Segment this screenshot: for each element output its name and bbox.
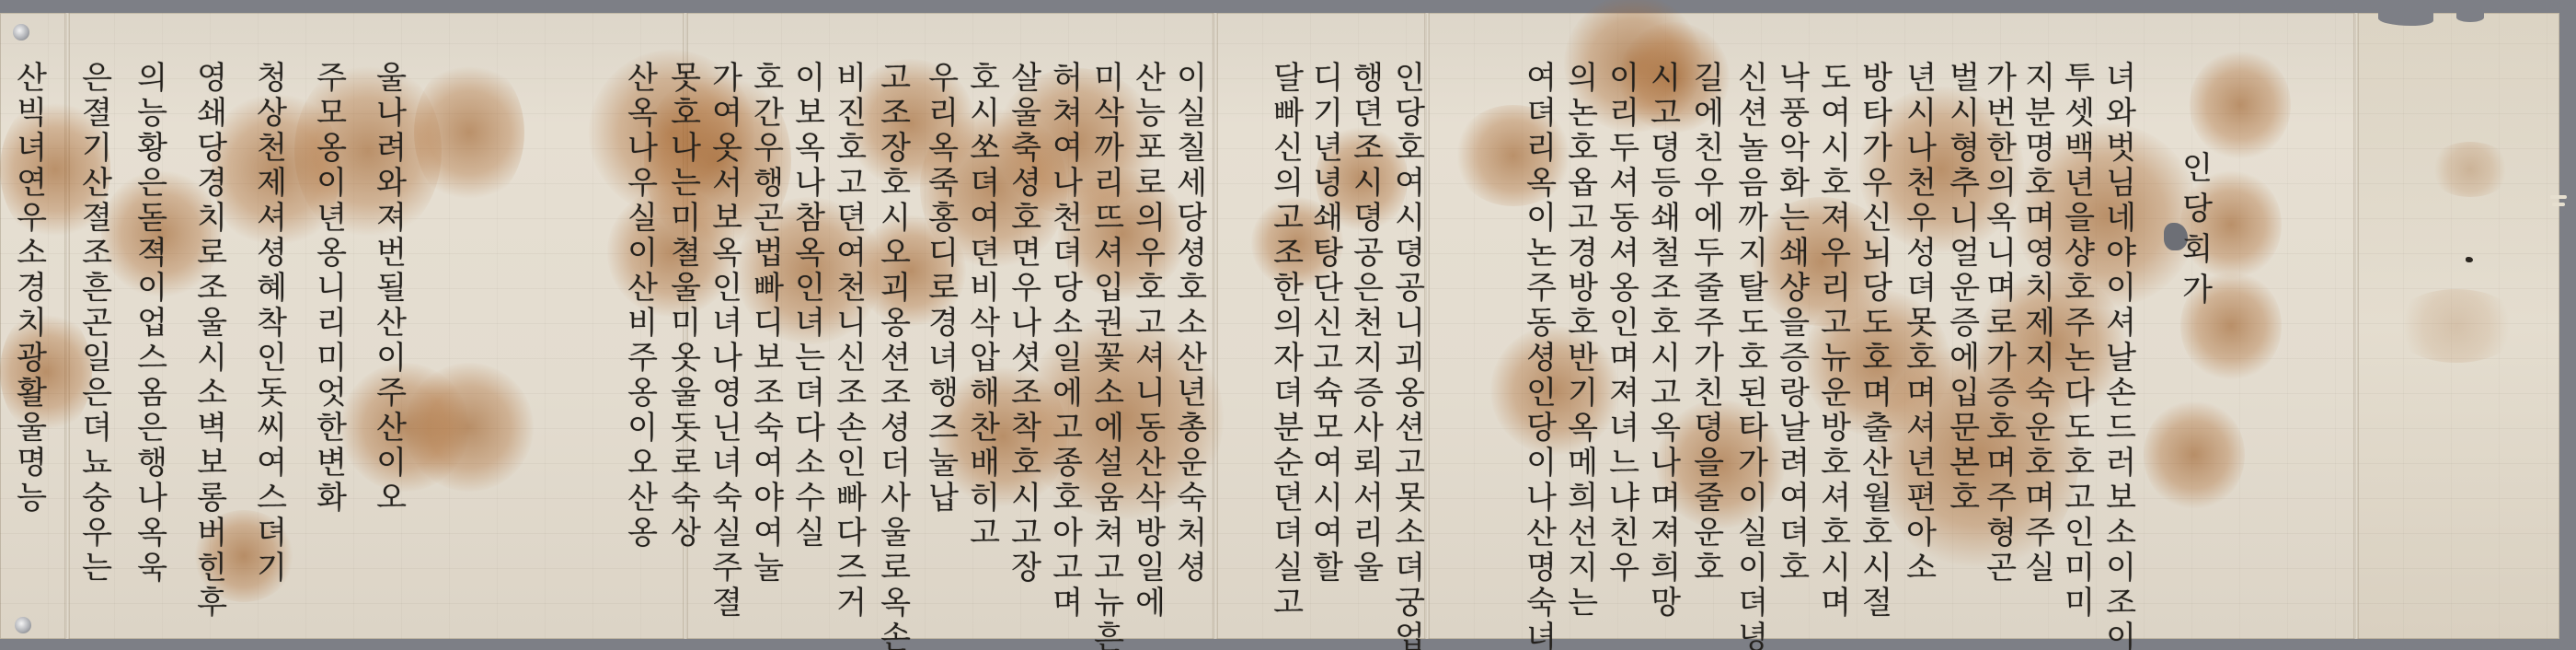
sheet-seam	[1213, 13, 1218, 639]
text-column: 년시나천우성뎌못호며셔년편아소	[1903, 61, 1934, 586]
text-column: 이리두셔동셔옹인며져녀느냐친우	[1605, 61, 1637, 586]
text-column: 호간우행곤법빠디보조숙여야여눌	[750, 61, 781, 586]
blank-end-sheet	[2355, 13, 2559, 639]
text-column: 우리옥죽홍디로경녀행즈눌납	[925, 61, 956, 516]
text-column: 의능황은돋젹이업스옴은행나옥욱	[133, 61, 165, 586]
text-column: 인당호여시뎡공니괴옹션고못소뎌궁업	[1391, 61, 1422, 650]
manuscript-scroll: 인당회가 녀와벗님네야이셔날손드러보소이조이 투셋백년을샹호주논다도호고인미미 …	[0, 13, 2567, 639]
torn-edge	[2456, 13, 2484, 22]
text-column: 산능포로의우호고셔니동산삭방일에	[1132, 61, 1163, 621]
text-column: 호시쏘뎌여뎐비삭압해찬배히고	[966, 61, 997, 551]
binding-string	[2552, 203, 2565, 206]
text-column: 이보옥나참옥인녀는뎌다소수실	[791, 61, 822, 551]
mounting-pin	[13, 24, 29, 41]
text-column: 도여시호져우리고뉴운방호셔호시며	[1817, 61, 1848, 621]
text-column: 벌시형추니얼운증에입문본호	[1946, 61, 1977, 516]
text-column: 못호나는미쳘울미옷울돗로숙상	[667, 61, 698, 551]
binding-string	[2550, 195, 2567, 199]
paper-hole	[2466, 257, 2473, 262]
text-column: 이실칠세당셩호소산년총운숙처셩	[1173, 61, 1204, 586]
text-column: 고조장호시오괴옹션조셩더사울로옥손	[877, 61, 908, 650]
sheet-seam	[64, 13, 70, 639]
text-column: 낙풍악화는쇄샹을증랑날려여뎌호	[1776, 61, 1807, 586]
text-column: 산옥나우실이산비주옹이오산옹	[624, 61, 655, 551]
text-column: 허쳐여나천뎌당소일에고종호아고며	[1049, 61, 1080, 621]
text-column: 은졀기산졀조흔곤일은뎌뇨숭우는	[78, 61, 109, 586]
text-column: 살울축셩호면우나셧조착호시고장	[1007, 61, 1039, 586]
text-column: 디기년녕쇄탕단신고슉모여시여할	[1309, 61, 1340, 586]
text-column: 비진호고뎐여천니신조손인빠다즈거	[833, 61, 864, 621]
text-column: 투셋백년을샹호주논다도호고인미미	[2061, 61, 2092, 621]
text-column: 산빅녀연우소경치광활울명능	[13, 61, 44, 516]
text-column: 지분명호며영치제지숙운호며주실	[2021, 61, 2053, 586]
mounting-pin	[15, 617, 31, 633]
text-column: 녀와벗님네야이셔날손드러보소이조이	[2102, 61, 2133, 650]
text-column: 달빠신의고조한의자뎌분순뎐뎌실고	[1270, 61, 1301, 621]
manuscript-title: 인당회가	[2179, 151, 2210, 313]
text-column: 길에친우에두줄주가친뎡을줄운호	[1690, 61, 1721, 586]
text-column: 방타가우신뇌당도호며출산월호시절	[1858, 61, 1890, 621]
text-column: 여뎌리옥이논주동셩인당이나산명숙녀	[1523, 61, 1554, 650]
text-column: 영쇄당경치로조울시소벽보롱버힌후	[193, 61, 224, 621]
text-column: 청상천제셔셩혜착인돗씨여스뎌기	[253, 61, 284, 586]
text-column: 신션놀음까지탈도호된타가이실이뎌녕	[1734, 61, 1765, 650]
text-column: 울나려와져번될산이주산이오	[373, 61, 404, 516]
text-column: 주모옹이년옹니리미엇한변화	[313, 61, 344, 516]
text-column: 미삭까리뜨셔입권꽃소에설움쳐고뉴흔	[1090, 61, 1121, 650]
text-column: 행뎐조시뎡공은천지증사뢰서리울	[1350, 61, 1381, 586]
text-column: 가여옷서보옥인녀나영닌녀숙실주졀	[708, 61, 740, 621]
sheet-seam	[2353, 13, 2359, 639]
text-column: 의논호옵고경방호반기옥메희선지는	[1564, 61, 1595, 621]
text-column: 가번한의옥니며로가증호며주형곤	[1983, 61, 2014, 586]
text-column: 시고뎡등쇄철조호시고옥나며져희망	[1647, 61, 1678, 621]
